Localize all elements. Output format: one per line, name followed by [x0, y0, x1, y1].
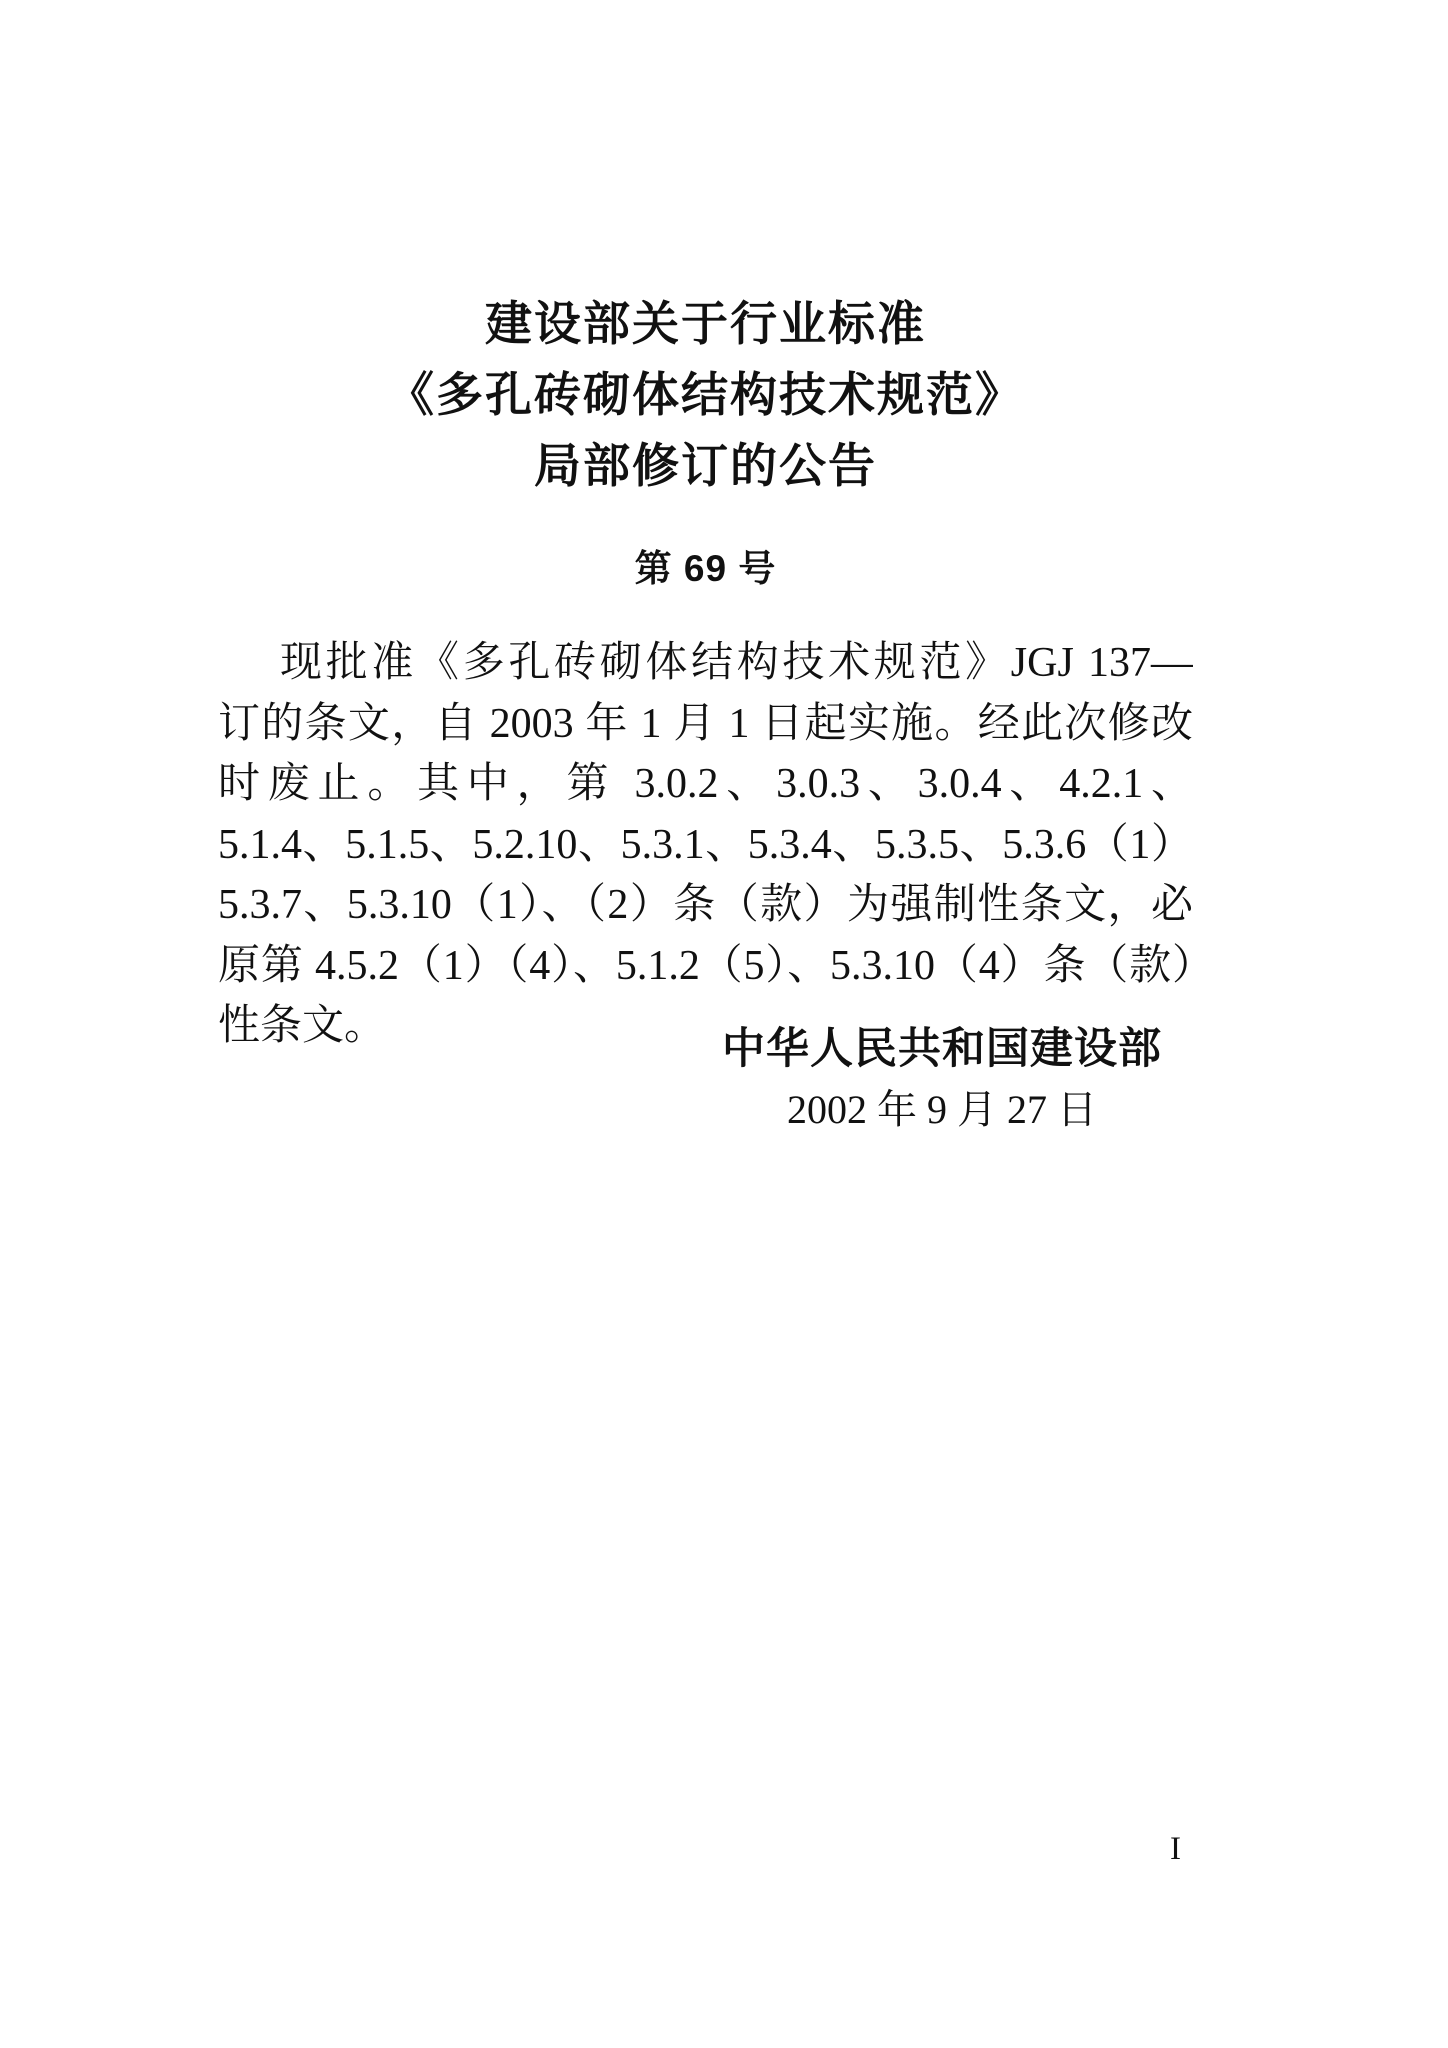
body-line-1: 订的条文，自 2003 年 1 月 1 日起实施。经此次修改的原条文同 — [218, 694, 1193, 755]
body-line-0: 现批准《多孔砖砌体结构技术规范》JGJ 137—2001 局部修 — [218, 633, 1193, 694]
body-line-4: 5.3.7、5.3.10（1）、（2）条（款）为强制性条文，必须严格执行； — [218, 875, 1193, 936]
body-line-3: 5.1.4、5.1.5、5.2.10、5.3.1、5.3.4、5.3.5、5.3… — [218, 815, 1193, 876]
body-line-5: 原第 4.5.2（1）（4）、5.1.2（5）、5.3.10（4）条（款）不再作… — [218, 936, 1193, 997]
body-paragraph: 现批准《多孔砖砌体结构技术规范》JGJ 137—2001 局部修订的条文，自 2… — [218, 633, 1193, 1057]
title-line-1: 《多孔砖砌体结构技术规范》 — [218, 359, 1193, 430]
document-title: 建设部关于行业标准《多孔砖砌体结构技术规范》局部修订的公告 — [218, 288, 1193, 501]
document-page: 建设部关于行业标准《多孔砖砌体结构技术规范》局部修订的公告 第 69 号 现批准… — [0, 0, 1448, 2048]
title-line-2: 局部修订的公告 — [218, 430, 1193, 501]
signature-date: 2002 年 9 月 27 日 — [722, 1076, 1162, 1144]
title-line-0: 建设部关于行业标准 — [218, 288, 1193, 359]
signature-issuer: 中华人民共和国建设部 — [722, 1022, 1162, 1076]
document-number: 第 69 号 — [218, 547, 1193, 591]
page-number: I — [1170, 1830, 1181, 1868]
body-line-2: 时废止。其中，第 3.0.2、3.0.3、3.0.4、4.2.1、4.4.1、4… — [218, 754, 1193, 815]
signature-block: 中华人民共和国建设部 2002 年 9 月 27 日 — [218, 1022, 1162, 1144]
signature-inner: 中华人民共和国建设部 2002 年 9 月 27 日 — [722, 1022, 1162, 1144]
